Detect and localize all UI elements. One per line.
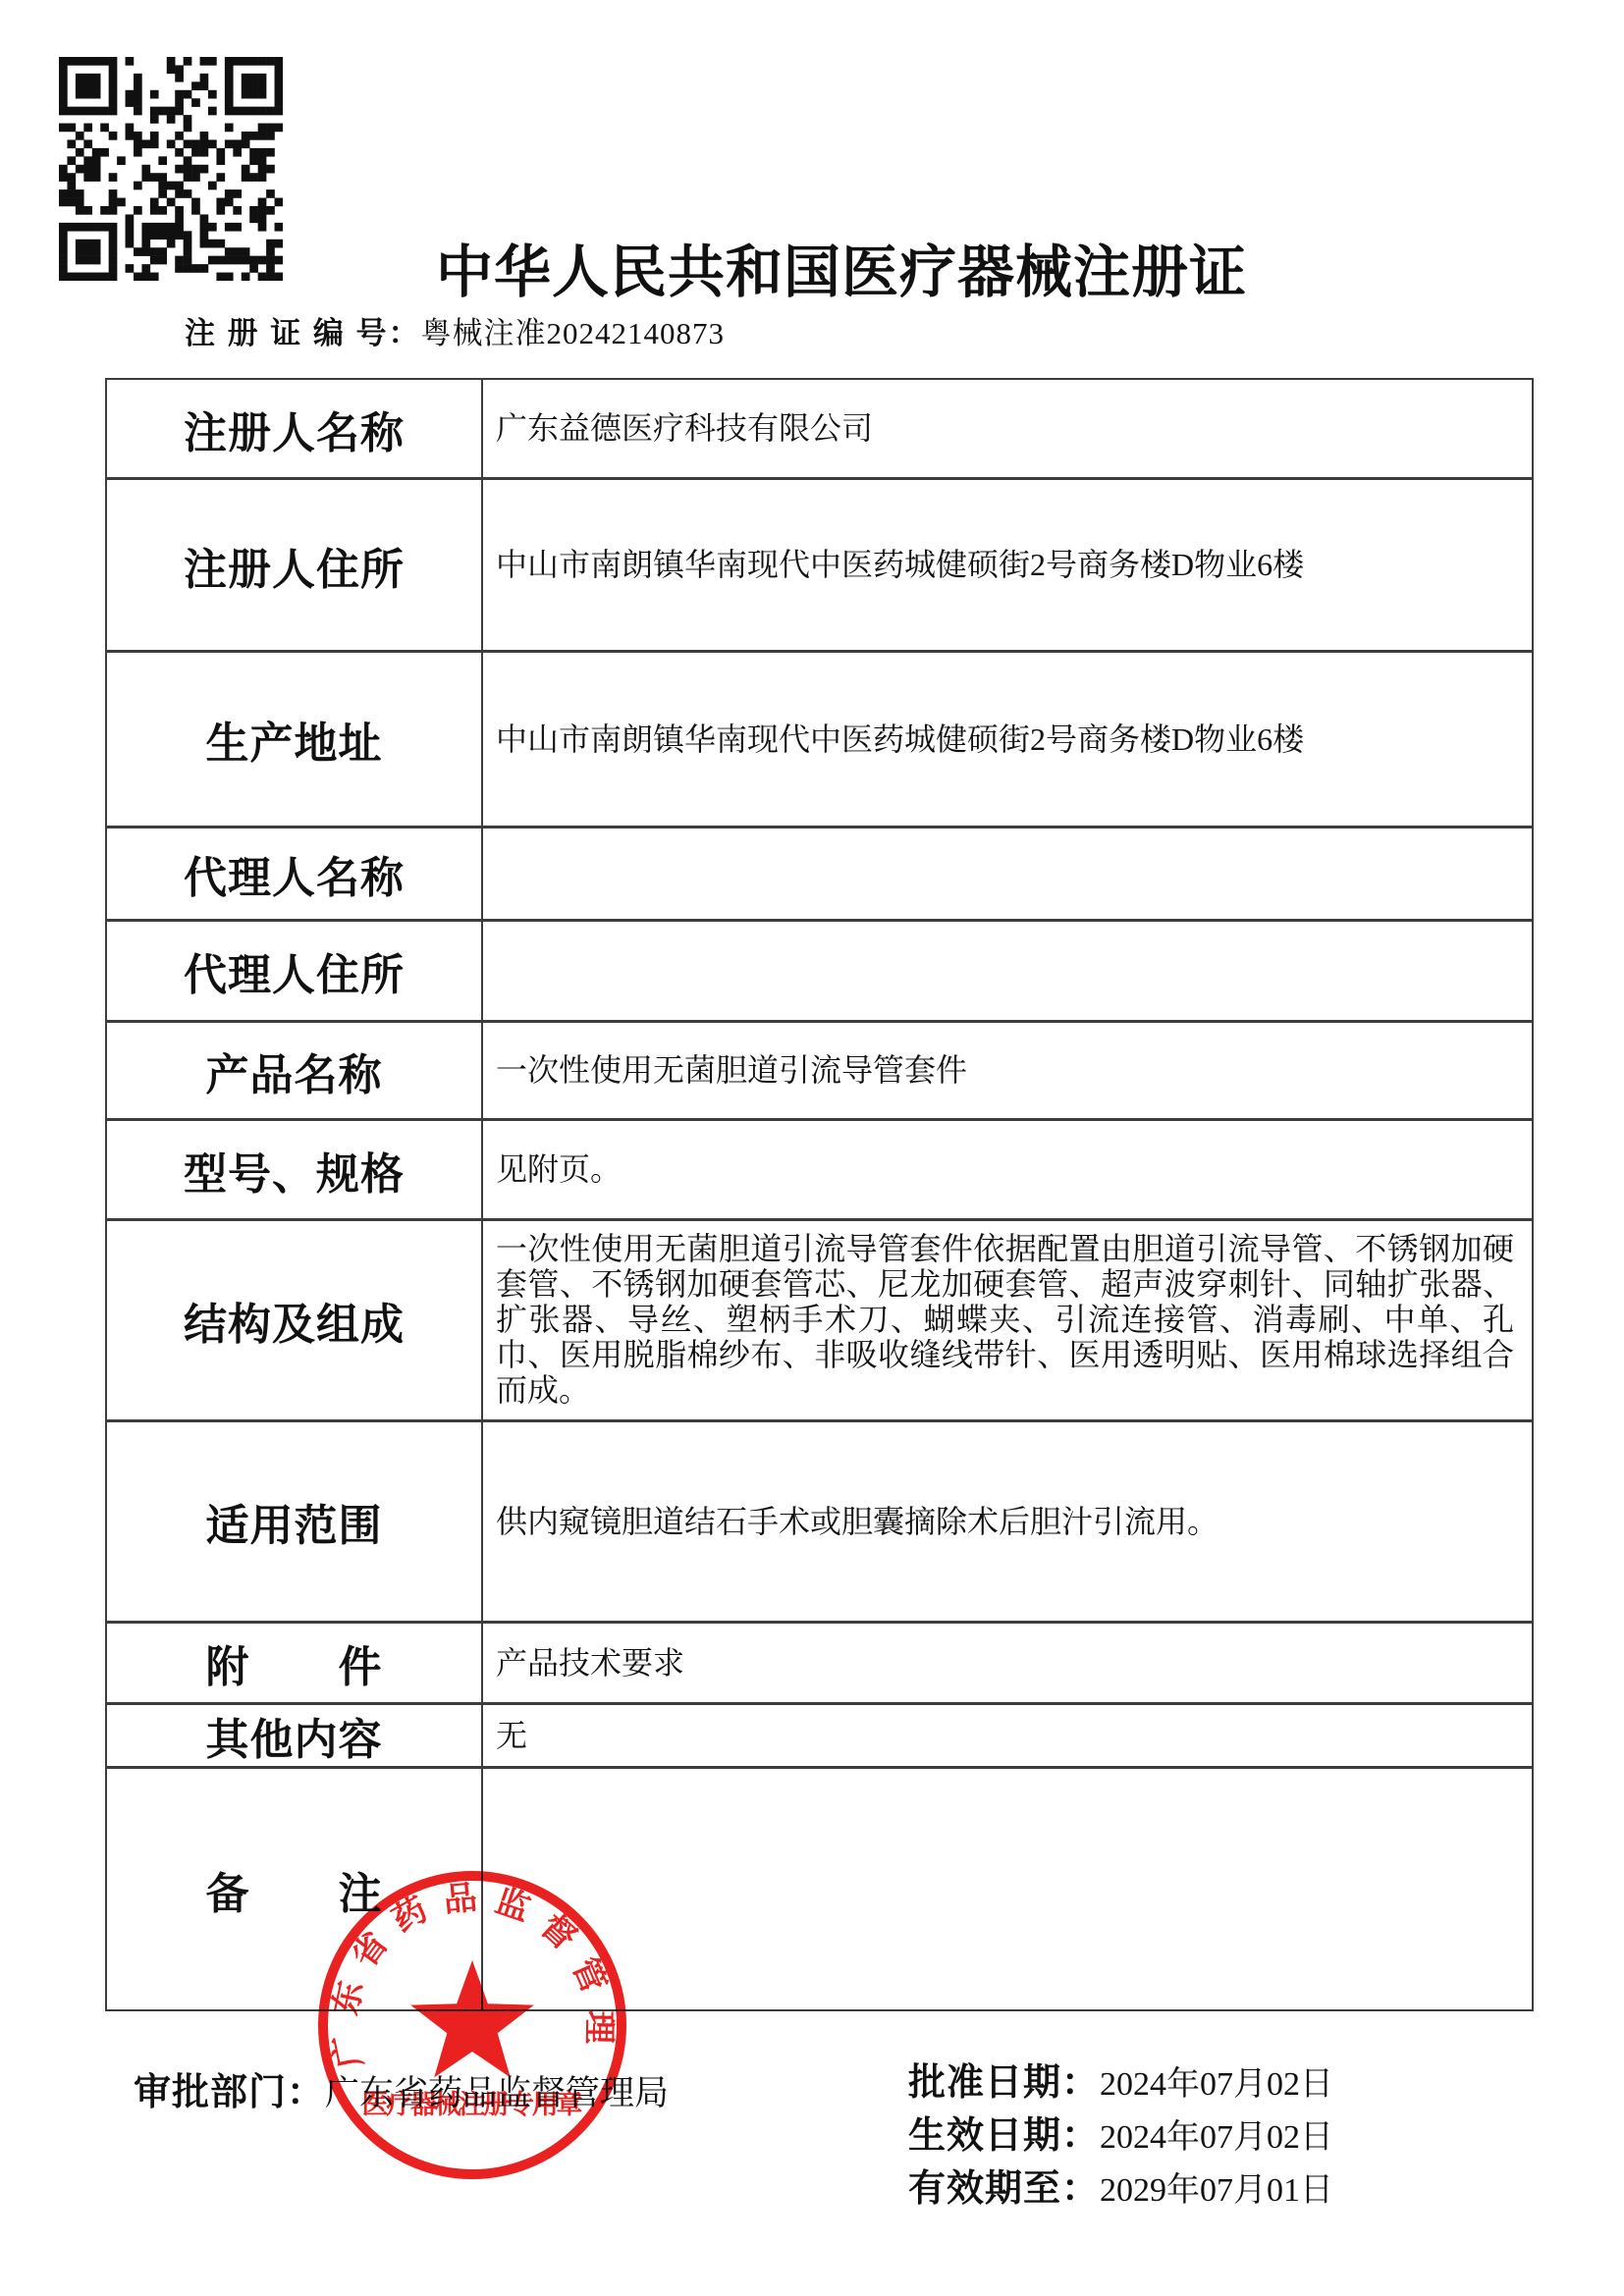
table-row-model-spec: 型号、规格 见附页。 [107, 1121, 1532, 1221]
table-row-structure-composition: 结构及组成 一次性使用无菌胆道引流导管套件依据配置由胆道引流导管、不锈钢加硬套管… [107, 1221, 1532, 1422]
row-label: 备 注 [107, 1769, 483, 2009]
table-row-agent-address: 代理人住所 [107, 922, 1532, 1023]
row-label: 产品名称 [107, 1023, 483, 1118]
row-value: 广东益德医疗科技有限公司 [483, 380, 1532, 477]
expiry-date-value: 2029年07月01日 [1100, 2163, 1333, 2211]
table-row-remarks: 备 注 [107, 1769, 1532, 2009]
table-row-product-name: 产品名称 一次性使用无菌胆道引流导管套件 [107, 1023, 1532, 1121]
row-label: 注册人名称 [107, 380, 483, 477]
row-value: 无 [483, 1705, 1532, 1766]
row-label: 代理人住所 [107, 922, 483, 1020]
row-label: 注册人住所 [107, 480, 483, 650]
expiry-date-line: 有效期至：2029年07月01日 [908, 2158, 1333, 2198]
registration-number-value: 粤械注准20242140873 [420, 316, 725, 350]
table-row-other-content: 其他内容 无 [107, 1705, 1532, 1769]
effective-date-label: 生效日期： [908, 2105, 1100, 2159]
registration-number-line: 注 册 证 编 号：粤械注准20242140873 [185, 308, 725, 352]
row-label: 型号、规格 [107, 1121, 483, 1218]
date-block: 批准日期：2024年07月02日 生效日期：2024年07月02日 有效期至：2… [908, 2052, 1333, 2198]
table-row-attachment: 附 件 产品技术要求 [107, 1624, 1532, 1705]
row-label: 结构及组成 [107, 1221, 483, 1419]
row-value: 中山市南朗镇华南现代中医药城健硕街2号商务楼D物业6楼 [483, 653, 1532, 826]
row-value [483, 922, 1532, 1020]
row-value: 供内窥镜胆道结石手术或胆囊摘除术后胆汁引流用。 [483, 1422, 1532, 1621]
table-row-registrant-address: 注册人住所 中山市南朗镇华南现代中医药城健硕街2号商务楼D物业6楼 [107, 480, 1532, 653]
row-label: 附 件 [107, 1624, 483, 1702]
row-label: 生产地址 [107, 653, 483, 826]
row-value: 中山市南朗镇华南现代中医药城健硕街2号商务楼D物业6楼 [483, 480, 1532, 650]
approval-department-label: 审批部门： [134, 2072, 325, 2113]
table-row-agent-name: 代理人名称 [107, 828, 1532, 922]
row-value: 一次性使用无菌胆道引流导管套件依据配置由胆道引流导管、不锈钢加硬套管、不锈钢加硬… [483, 1221, 1532, 1419]
table-row-registrant-name: 注册人名称 广东益德医疗科技有限公司 [107, 380, 1532, 480]
approval-date-value: 2024年07月02日 [1100, 2056, 1333, 2105]
page-title: 中华人民共和国医疗器械注册证 [59, 226, 1624, 308]
approval-date-label: 批准日期： [908, 2052, 1100, 2106]
row-label: 适用范围 [107, 1422, 483, 1621]
row-value: 见附页。 [483, 1121, 1532, 1218]
effective-date-value: 2024年07月02日 [1100, 2109, 1333, 2158]
table-row-intended-use: 适用范围 供内窥镜胆道结石手术或胆囊摘除术后胆汁引流用。 [107, 1422, 1532, 1624]
row-value [483, 1769, 1532, 2009]
certificate-page: 中华人民共和国医疗器械注册证 注 册 证 编 号：粤械注准20242140873… [0, 0, 1624, 2296]
approval-department-line: 审批部门：广东省药品监督管理局 [134, 2061, 669, 2115]
row-value: 一次性使用无菌胆道引流导管套件 [483, 1023, 1532, 1118]
approval-department-value: 广东省药品监督管理局 [325, 2074, 669, 2112]
row-value [483, 828, 1532, 919]
certificate-table: 注册人名称 广东益德医疗科技有限公司 注册人住所 中山市南朗镇华南现代中医药城健… [105, 378, 1534, 2011]
row-label: 其他内容 [107, 1705, 483, 1766]
registration-number-label: 注 册 证 编 号： [185, 316, 420, 350]
approval-date-line: 批准日期：2024年07月02日 [908, 2052, 1333, 2092]
expiry-date-label: 有效期至： [908, 2158, 1100, 2212]
row-value: 产品技术要求 [483, 1624, 1532, 1702]
table-row-production-address: 生产地址 中山市南朗镇华南现代中医药城健硕街2号商务楼D物业6楼 [107, 653, 1532, 828]
effective-date-line: 生效日期：2024年07月02日 [908, 2105, 1333, 2145]
row-label: 代理人名称 [107, 828, 483, 919]
